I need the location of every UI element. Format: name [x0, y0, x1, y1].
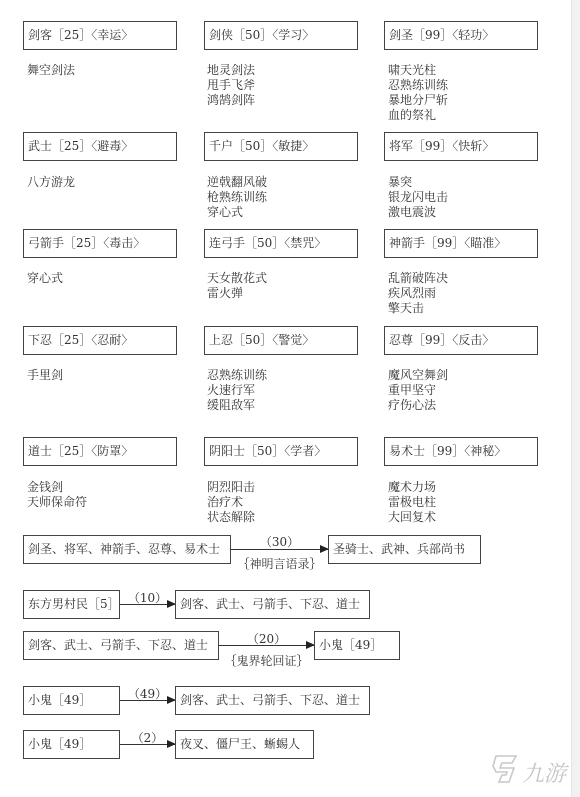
class-title: 剑圣［99］〈轻功〉 [389, 28, 494, 42]
flow-from: 剑客、武士、弓箭手、下忍、道士 [28, 638, 208, 652]
class-box-wushi: 武士［25］〈避毒〉 [23, 132, 177, 161]
skill-list-daoshi: 金钱剑 天师保命符 [27, 480, 87, 510]
skill: 暴突 [388, 175, 448, 190]
skill: 阴烈阳击 [207, 480, 255, 495]
class-box-renzun: 忍尊［99］〈反击〉 [384, 326, 538, 355]
class-title: 将军［99］〈快斩〉 [389, 139, 494, 153]
skill: 疾风烈雨 [388, 286, 448, 301]
skill: 天师保命符 [27, 495, 87, 510]
class-title: 千户［50］〈敏捷〉 [209, 139, 314, 153]
skill: 疗伤心法 [388, 398, 448, 413]
skill: 魔术力场 [388, 480, 436, 495]
skill-list-yinyangshi: 阴烈阳击 治疗术 状态解除 [207, 480, 255, 525]
class-title: 忍尊［99］〈反击〉 [389, 333, 494, 347]
skill-list-jianke: 舞空剑法 [27, 63, 75, 78]
flow3-to-box: 小鬼［49］ [314, 631, 400, 660]
flow4-from-box: 小鬼［49］ [23, 686, 120, 715]
class-title: 剑客［25］〈幸运〉 [28, 28, 133, 42]
skill-list-renzun: 魔风空舞剑 重甲坚守 疗伤心法 [388, 368, 448, 413]
skill: 乱箭破阵决 [388, 271, 448, 286]
class-box-jianke: 剑客［25］〈幸运〉 [23, 21, 177, 50]
skill-list-shenjianshou: 乱箭破阵决 疾风烈雨 擎天击 [388, 271, 448, 316]
jiuyou-logo-icon: 九游 [490, 752, 576, 788]
skill: 金钱剑 [27, 480, 87, 495]
skill: 血的祭礼 [388, 108, 448, 123]
class-box-daoshi: 道士［25］〈防罩〉 [23, 437, 177, 466]
skill: 暴地分尸斩 [388, 93, 448, 108]
skill: 状态解除 [207, 510, 255, 525]
class-box-shangren: 上忍［50］〈警觉〉 [204, 326, 358, 355]
flow1-from-box: 剑圣、将军、神箭手、忍尊、易术士 [23, 535, 231, 564]
skill: 八方游龙 [27, 175, 75, 190]
watermark-text: 九游 [522, 757, 566, 788]
class-title: 易术士［99］〈神秘〉 [389, 444, 506, 458]
skill: 逆戟翻风破 [207, 175, 267, 190]
class-title: 阴阳士［50］〈学者〉 [209, 444, 326, 458]
skill: 雷火弹 [207, 286, 267, 301]
flow-to: 圣骑士、武神、兵部尚书 [333, 542, 465, 556]
skill-list-jianxia: 地灵剑法 甩手飞斧 鸿鹄剑阵 [207, 63, 255, 108]
skill: 大回复术 [388, 510, 436, 525]
flow3-item: ｛鬼界轮回证｝ [214, 652, 319, 669]
skill: 治疗术 [207, 495, 255, 510]
class-title: 弓箭手［25］〈毒击〉 [28, 236, 145, 250]
flow-to: 剑客、武士、弓箭手、下忍、道士 [180, 597, 360, 611]
skill: 穿心式 [207, 205, 267, 220]
skill-list-yishushi: 魔术力场 雷极电柱 大回复术 [388, 480, 436, 525]
class-box-liangongshou: 连弓手［50］〈禁咒〉 [204, 229, 358, 258]
flow5-from-box: 小鬼［49］ [23, 730, 120, 759]
skill: 地灵剑法 [207, 63, 255, 78]
skill: 火速行军 [207, 383, 267, 398]
flow-from: 小鬼［49］ [28, 737, 91, 751]
skill: 缓阻敌军 [207, 398, 267, 413]
skill: 枪熟练训练 [207, 190, 267, 205]
class-title: 武士［25］〈避毒〉 [28, 139, 133, 153]
skill-list-jiangjun: 暴突 银龙闪电击 激电震波 [388, 175, 448, 220]
skill-list-qianhu: 逆戟翻风破 枪熟练训练 穿心式 [207, 175, 267, 220]
class-box-jianxia: 剑侠［50］〈学习〉 [204, 21, 358, 50]
flow2-to-box: 剑客、武士、弓箭手、下忍、道士 [175, 590, 370, 619]
flow2-level: （10） [120, 589, 175, 606]
flow-to: 夜叉、僵尸王、蜥蜴人 [180, 737, 300, 751]
skill: 银龙闪电击 [388, 190, 448, 205]
skill: 擎天击 [388, 301, 448, 316]
flow1-to-box: 圣骑士、武神、兵部尚书 [328, 535, 481, 564]
skill: 重甲坚守 [388, 383, 448, 398]
flow3-level: （20） [219, 630, 314, 647]
skill-list-wushi: 八方游龙 [27, 175, 75, 190]
page-right-edge [571, 0, 580, 797]
flow1-item: ｛神明言语录｝ [226, 555, 333, 572]
skill: 雷极电柱 [388, 495, 436, 510]
class-box-yinyangshi: 阴阳士［50］〈学者〉 [204, 437, 358, 466]
skill: 手里剑 [27, 368, 63, 383]
skill: 激电震波 [388, 205, 448, 220]
skill-list-xiaren: 手里剑 [27, 368, 63, 383]
class-title: 上忍［50］〈警觉〉 [209, 333, 314, 347]
skill: 甩手飞斧 [207, 78, 255, 93]
skill: 忍熟练训练 [388, 78, 448, 93]
skill-list-liangongshou: 天女散花式 雷火弹 [207, 271, 267, 301]
flow-to: 剑客、武士、弓箭手、下忍、道士 [180, 693, 360, 707]
flow5-to-box: 夜叉、僵尸王、蜥蜴人 [175, 730, 314, 759]
class-box-yishushi: 易术士［99］〈神秘〉 [384, 437, 538, 466]
skill: 鸿鹄剑阵 [207, 93, 255, 108]
class-title: 道士［25］〈防罩〉 [28, 444, 133, 458]
class-title: 连弓手［50］〈禁咒〉 [209, 236, 326, 250]
class-title: 下忍［25］〈忍耐〉 [28, 333, 133, 347]
skill: 忍熟练训练 [207, 368, 267, 383]
flow2-from-box: 东方男村民［5］ [23, 590, 120, 619]
skill: 舞空剑法 [27, 63, 75, 78]
flow-from: 东方男村民［5］ [28, 597, 120, 611]
skill: 穿心式 [27, 271, 63, 286]
flow-from: 剑圣、将军、神箭手、忍尊、易术士 [28, 542, 220, 556]
class-box-jiangjun: 将军［99］〈快斩〉 [384, 132, 538, 161]
flow4-to-box: 剑客、武士、弓箭手、下忍、道士 [175, 686, 370, 715]
class-box-jiansheng: 剑圣［99］〈轻功〉 [384, 21, 538, 50]
skill: 天女散花式 [207, 271, 267, 286]
flow3-from-box: 剑客、武士、弓箭手、下忍、道士 [23, 631, 219, 660]
class-box-qianhu: 千户［50］〈敏捷〉 [204, 132, 358, 161]
skill: 啸天光柱 [388, 63, 448, 78]
class-box-xiaren: 下忍［25］〈忍耐〉 [23, 326, 177, 355]
flow4-level: （49） [120, 685, 175, 702]
flow1-level: （30） [231, 533, 328, 550]
class-title: 神箭手［99］〈瞄准〉 [389, 236, 506, 250]
flow-to: 小鬼［49］ [319, 638, 382, 652]
class-box-shenjianshou: 神箭手［99］〈瞄准〉 [384, 229, 538, 258]
skill-list-shangren: 忍熟练训练 火速行军 缓阻敌军 [207, 368, 267, 413]
flow-from: 小鬼［49］ [28, 693, 91, 707]
flow5-level: （2） [120, 729, 175, 746]
skill: 魔风空舞剑 [388, 368, 448, 383]
class-box-gongjianshou: 弓箭手［25］〈毒击〉 [23, 229, 177, 258]
skill-list-jiansheng: 啸天光柱 忍熟练训练 暴地分尸斩 血的祭礼 [388, 63, 448, 123]
skill-list-gongjianshou: 穿心式 [27, 271, 63, 286]
class-title: 剑侠［50］〈学习〉 [209, 28, 314, 42]
